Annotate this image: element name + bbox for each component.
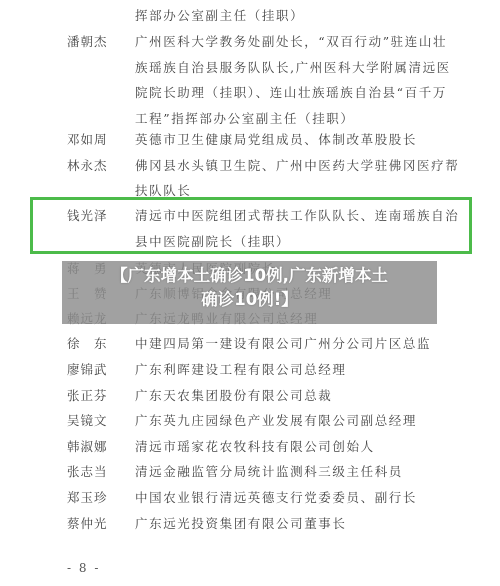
entry-title-line: 挥部办公室副主任（挂职） [135,6,304,24]
entry-title-line: 清远金融监管分局统计监测科三级主任科员 [135,462,403,480]
document-page: 挥部办公室副主任（挂职） 潘朝杰 广州医科大学教务处副处长，“双百行动”驻连山壮… [0,0,500,586]
entry-title-line: 广东远光投资集团有限公司董事长 [135,514,347,532]
person-name: 潘朝杰 [67,32,117,50]
entry-title-line: 族瑶族自治县服务队队长,广州医科大学附属清远医 [135,58,451,76]
caption-text: 【广东增本土确诊10例,广东新增本土 确诊10例!】 [62,264,437,312]
entry-title-line: 院院长助理（挂职）、连山壮族瑶族自治县“百千万 [135,83,447,101]
person-name: 林永杰 [67,156,117,174]
entry-title-line: 县中医院副院长（挂职） [135,232,290,250]
entry-title-line: 英德市卫生健康局党组成员、体制改革股股长 [135,130,417,148]
person-name: 钱光泽 [67,206,117,224]
entry-title-line: 中国农业银行清远英德支行党委委员、副行长 [135,488,417,506]
caption-line-1: 【广东增本土确诊10例,广东新增本土 [62,264,437,288]
entry-title-line: 中建四局第一建设有限公司广州分公司片区总监 [135,334,431,352]
entry-title-line: 清远市瑶家花农牧科技有限公司创始人 [135,437,375,455]
person-name: 吴镜文 [67,411,117,429]
entry-title-line: 广东英九庄园绿色产业发展有限公司副总经理 [135,411,417,429]
person-name: 蔡仲光 [67,514,117,532]
page-number: - 8 - [67,561,100,575]
entry-title-line: 广东天农集团股份有限公司总裁 [135,386,332,404]
entry-title-line: 清远市中医院组团式帮扶工作队队长、连南瑶族自治 [135,206,459,224]
person-name: 廖锦武 [67,360,117,378]
entry-title-line: 广东利晖建设工程有限公司总经理 [135,360,347,378]
person-name: 邓如周 [67,130,117,148]
entry-title-line: 广州医科大学教务处副处长，“双百行动”驻连山壮 [135,32,447,50]
caption-line-2: 确诊10例!】 [62,288,437,312]
person-name: 郑玉珍 [67,488,117,506]
person-name: 韩淑娜 [67,437,117,455]
person-name: 张志当 [67,462,117,480]
person-name: 张正芬 [67,386,117,404]
entry-title-line: 佛冈县水头镇卫生院、广州中医药大学驻佛冈医疗帮 [135,156,459,174]
entry-title-line: 工程”指挥部办公室副主任（挂职） [135,109,355,127]
person-name: 徐 东 [67,334,117,352]
